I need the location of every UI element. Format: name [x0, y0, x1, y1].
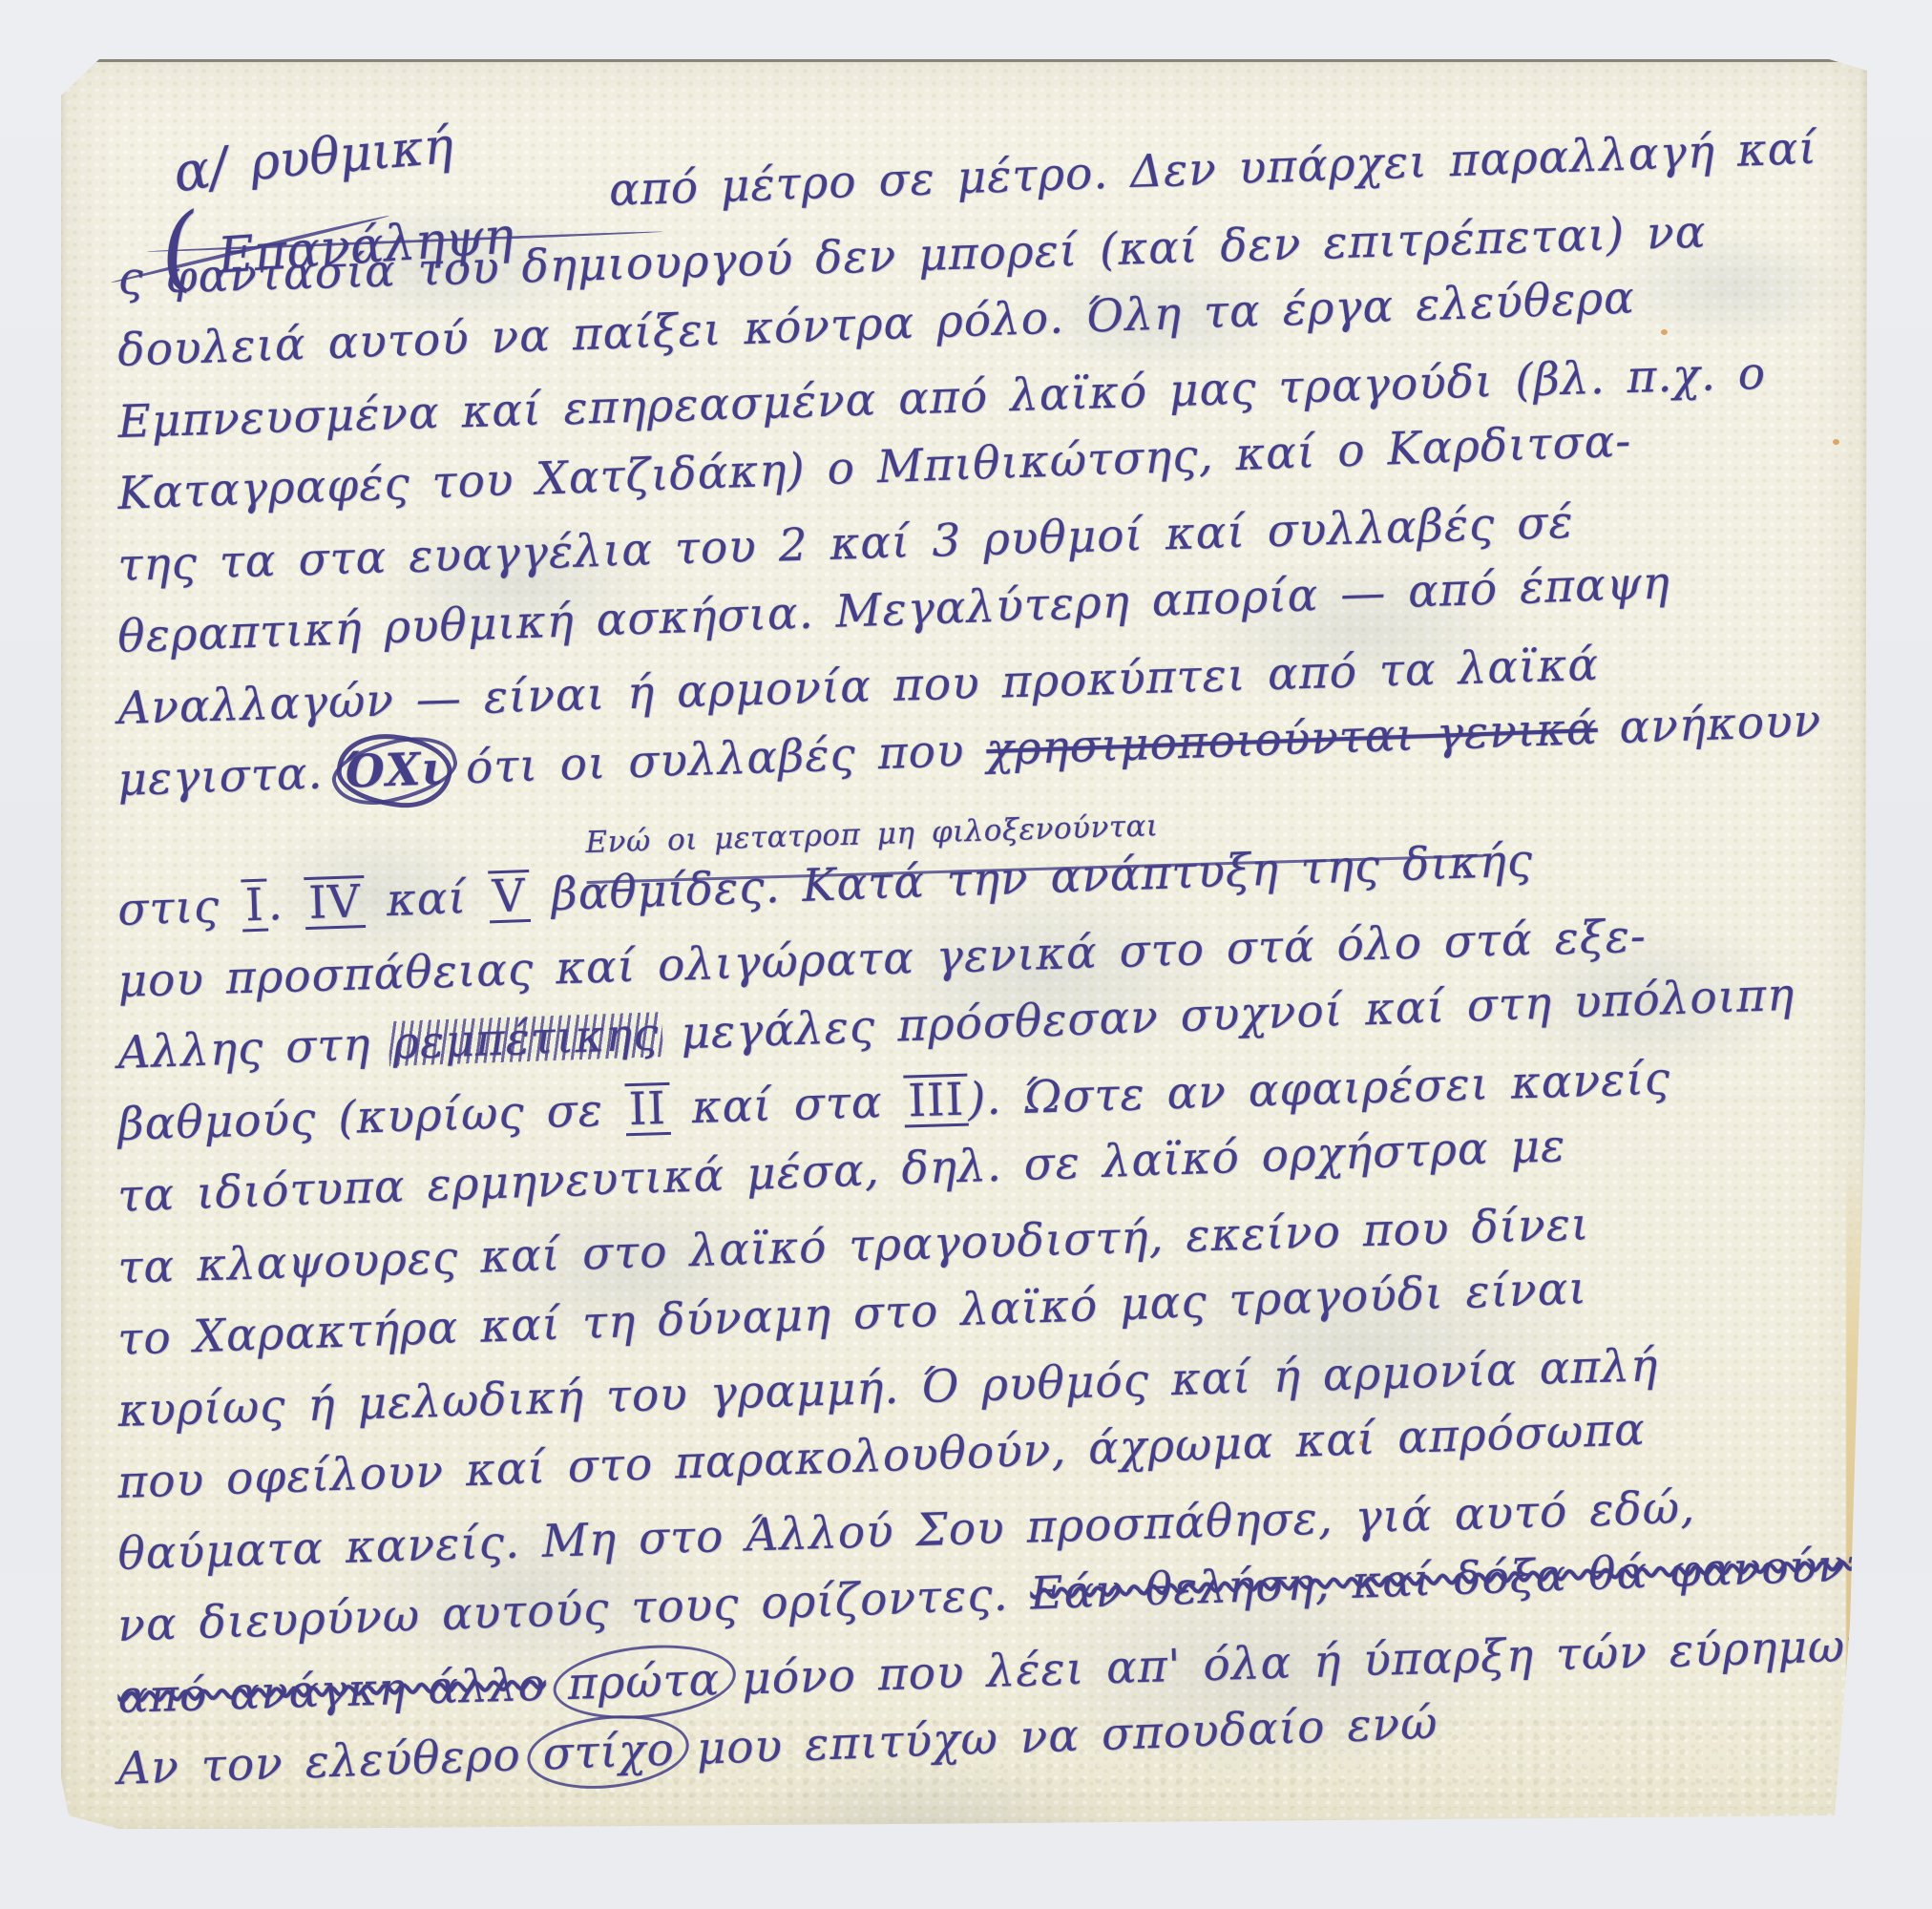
roman-numeral-degree: Ι	[241, 879, 268, 933]
handwriting-run: ανήκουν	[1597, 695, 1822, 755]
circled-word: πρώτα	[567, 1653, 721, 1710]
napkin-page: α/ ρυθμική ( Επανάληψη από μέτρο σε μέτρ…	[61, 59, 1867, 1831]
struck-out-word: ρεμπέτικης	[391, 1008, 660, 1070]
handwriting-run: από μέτρο σε μέτρο. Δεν υπάρχει παραλλαγ…	[608, 122, 1818, 217]
handwriting-run: μεγιστα.	[116, 746, 346, 807]
handwriting-run: καί	[364, 871, 490, 927]
roman-numeral-degree: IV	[304, 875, 366, 930]
ink-scribble-blob: ΌΧι	[344, 743, 445, 799]
scanner-background: α/ ρυθμική ( Επανάληψη από μέτρο σε μέτρ…	[0, 0, 1932, 1909]
circled-word: στίχο	[542, 1724, 676, 1781]
folded-right-edge	[1846, 1157, 1867, 1817]
handwriting-run: στις	[116, 879, 242, 935]
folded-bottom-edge	[1161, 1819, 1829, 1829]
roman-numeral-degree: ΙΙΙ	[904, 1074, 969, 1128]
handwriting-text-block: από μέτρο σε μέτρο. Δεν υπάρχει παραλλαγ…	[118, 181, 1846, 1815]
handwriting-run: καί στα	[669, 1076, 905, 1135]
paper-top-edge-shadow	[95, 59, 1840, 62]
roman-numeral-degree: ΙΙ	[624, 1082, 671, 1137]
handwriting-run: .	[267, 877, 306, 931]
roman-numeral-degree: V	[488, 870, 531, 924]
handwriting-run: Αλλης στη	[116, 1017, 393, 1080]
